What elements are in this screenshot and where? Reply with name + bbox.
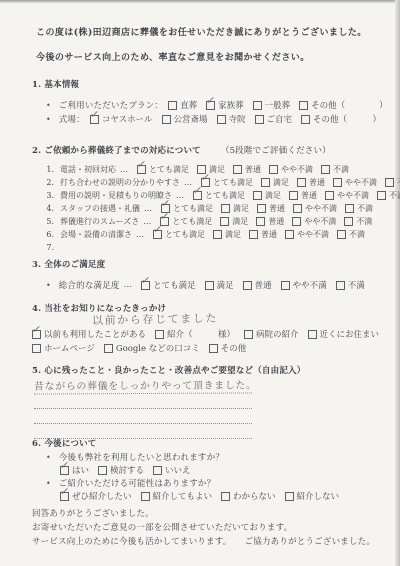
checkbox-icon — [377, 191, 386, 200]
check-icon: ✓ — [192, 184, 202, 196]
checkbox-option-label: 不満 — [333, 164, 349, 175]
checkbox-icon — [256, 217, 265, 226]
rating-row: 6. 会場・設備の清潔さ … ✓とても満足満足普通やや不満不満 — [44, 228, 400, 241]
checkbox-option: 検討する — [98, 464, 144, 476]
checkbox-option: ✓とても満足 — [201, 177, 253, 188]
checkbox-option-label: 寺院 — [229, 113, 246, 125]
checkbox-option: 紹介してもよい — [141, 490, 213, 502]
checkbox-option-label: 普通 — [301, 190, 317, 201]
checkbox-option: 満足 — [221, 203, 249, 214]
source-options-row-2: ホームページGoogle などの口コミその他 — [32, 342, 246, 354]
checkbox-option: 不満 — [385, 177, 400, 188]
checkbox-icon — [233, 165, 242, 174]
checkbox-option-label: 不満 — [357, 203, 373, 214]
checkbox-option: 不満 — [377, 190, 400, 201]
checkbox-option-label: 普通 — [309, 177, 325, 188]
checkbox-option: 病院の紹介 — [244, 328, 299, 340]
rating-label: 電話・初回対応 — [60, 164, 116, 175]
checkbox-option: その他 — [209, 342, 247, 354]
checkbox-option: 公営斎場 — [162, 113, 208, 125]
section2-title-text: 2. ご依頼から葬儀終了までの対応について — [32, 146, 201, 156]
checkbox-option-label: とても満足 — [149, 164, 189, 175]
checkbox-icon — [141, 492, 150, 501]
bullet-icon: • — [46, 101, 51, 110]
q2-label: ご紹介いただける可能性はありますか？ — [59, 477, 216, 489]
checkbox-option-label: ご自宅 — [267, 113, 293, 125]
rating-label: 会場・設備の清潔さ — [60, 229, 132, 240]
rating-label: スタッフの接遇・礼儀 — [60, 203, 140, 214]
q1-options: ✓はい検討するいいえ — [60, 464, 191, 476]
checkbox-option: 満足 — [253, 190, 281, 201]
checkbox-icon — [344, 217, 353, 226]
checkbox-option-label: 不満 — [356, 216, 372, 227]
checkbox-option-label: 不満 — [348, 279, 365, 291]
checkbox-option: ✓家族葬 — [206, 99, 244, 111]
checkbox-icon — [104, 344, 113, 353]
checkbox-option: 不満 — [321, 164, 349, 175]
checkbox-option-label: その他（ ） — [311, 99, 388, 111]
check-icon: ✓ — [160, 210, 170, 222]
checkbox-icon — [221, 492, 230, 501]
section3-title: 3. 全体のご満足度 — [32, 258, 105, 270]
overall-row: • 総合的な満足度 … ✓とても満足満足普通やや不満不満 — [46, 279, 365, 291]
check-icon: ✓ — [160, 197, 170, 209]
rating-separator: … — [144, 204, 152, 213]
rating-separator: … — [136, 230, 144, 239]
rating-options: ✓とても満足満足普通やや不満不満 — [153, 229, 365, 240]
checkbox-option: 普通 — [249, 229, 277, 240]
venue-options: ✓コヤスホール公営斎場寺院ご自宅その他（ ） — [90, 113, 381, 125]
check-icon: ✓ — [200, 171, 210, 183]
section1-title: 1. 基本情報 — [32, 78, 79, 90]
checkbox-option: やや不満 — [269, 164, 313, 175]
checkbox-icon — [257, 204, 266, 213]
scanned-survey-page: この度は(株)田辺商店に葬儀をお任せいただき誠にありがとうございました。 今後の… — [0, 0, 400, 566]
checkbox-option: いいえ — [153, 464, 191, 476]
checkbox-option-label: その他（ ） — [313, 113, 381, 125]
checkbox-icon: ✓ — [193, 191, 202, 200]
checkbox-icon — [243, 281, 252, 290]
check-icon: ✓ — [59, 485, 69, 497]
checkbox-option: やや不満 — [293, 203, 337, 214]
q2-label-row: • ご紹介いただける可能性はありますか？ — [46, 477, 215, 489]
q1-label-row: • 今後も弊社を利用したいと思われますか？ — [46, 451, 224, 463]
checkbox-option: Google などの口コミ — [104, 342, 200, 354]
checkbox-icon — [162, 115, 171, 124]
venue-label: 式場： — [59, 113, 85, 125]
checkbox-option: ✓コヤスホール — [90, 113, 153, 125]
checkbox-icon — [253, 101, 262, 110]
overall-options: ✓とても満足満足普通やや不満不満 — [141, 279, 365, 291]
rating-row: 3. 費用の説明・見積もりの明瞭さ … ✓とても満足満足普通やや不満不満 — [44, 189, 400, 202]
checkbox-option: やや不満 — [285, 229, 329, 240]
rating-number: 1. — [44, 165, 54, 174]
check-icon: ✓ — [59, 459, 69, 471]
checkbox-icon — [220, 217, 229, 226]
checkbox-option-label: 満足 — [232, 216, 248, 227]
scan-edge-right — [395, 0, 400, 566]
rating-label: 費用の説明・見積もりの明瞭さ — [60, 190, 172, 201]
checkbox-option-label: 満足 — [233, 203, 249, 214]
scan-edge-top — [0, 0, 400, 3]
checkbox-option: やや不満 — [333, 177, 377, 188]
handwritten-comment: 昔ながらの葬儀をしっかりやって頂きました。 — [34, 376, 252, 394]
freeform-line — [34, 394, 252, 409]
rating-options: ✓とても満足満足普通やや不満不満 — [201, 177, 400, 188]
checkbox-option: 不満 — [344, 216, 372, 227]
checkbox-icon: ✓ — [90, 115, 99, 124]
checkbox-option-label: やや不満 — [337, 190, 369, 201]
freeform-line — [34, 409, 252, 424]
checkbox-option: ホームページ — [32, 342, 95, 354]
footer-line-2: お寄せいただいたご意見の一部を公開させていただいております。 — [32, 521, 292, 533]
checkbox-icon — [209, 344, 218, 353]
checkbox-option-label: とても満足 — [153, 279, 196, 291]
checkbox-option: 不満 — [337, 229, 365, 240]
rating-options: ✓とても満足満足普通やや不満不満 — [161, 203, 373, 214]
q2-options: ✓ぜひ紹介したい紹介してもよいわからない紹介しない — [60, 490, 339, 502]
checkbox-icon — [285, 492, 294, 501]
checkbox-icon: ✓ — [60, 466, 69, 475]
checkbox-option: 不満 — [336, 279, 365, 291]
checkbox-option: ✓とても満足 — [153, 229, 205, 240]
checkbox-icon — [244, 330, 253, 339]
checkbox-icon — [299, 101, 308, 110]
checkbox-option-label: いいえ — [165, 464, 191, 476]
rating-options: ✓とても満足満足普通やや不満不満 — [193, 190, 400, 201]
handwritten-note: 以前から存じてました — [92, 310, 218, 329]
checkbox-icon — [337, 230, 346, 239]
checkbox-option: ご自宅 — [255, 113, 293, 125]
rating-label: 打ち合わせの説明の分かりやすさ — [60, 177, 180, 188]
q2-options-row: ✓ぜひ紹介したい紹介してもよいわからない紹介しない — [60, 490, 339, 502]
checkbox-icon — [249, 230, 258, 239]
checkbox-option: その他（ ） — [301, 113, 381, 125]
checkbox-option-label: 普通 — [269, 203, 285, 214]
checkbox-option: ✓とても満足 — [160, 216, 212, 227]
checkbox-option-label: ホームページ — [44, 342, 95, 354]
checkbox-icon — [385, 178, 394, 187]
checkbox-option-label: とても満足 — [172, 216, 212, 227]
checkbox-icon — [98, 466, 107, 475]
rating-options: ✓とても満足満足普通やや不満不満 — [160, 216, 372, 227]
checkbox-option-label: 普通 — [255, 279, 272, 291]
rating-separator: … — [143, 217, 151, 226]
checkbox-option: 普通 — [297, 177, 325, 188]
checkbox-icon: ✓ — [32, 330, 41, 339]
rating-number: 3. — [44, 191, 54, 200]
checkbox-option-label: 満足 — [217, 279, 234, 291]
rating-separator: … — [184, 178, 192, 187]
bullet-icon: • — [46, 281, 51, 290]
checkbox-option: 満足 — [205, 279, 234, 291]
checkbox-icon — [32, 344, 41, 353]
checkbox-icon: ✓ — [153, 230, 162, 239]
checkbox-option-label: とても満足 — [205, 190, 245, 201]
checkbox-option: やや不満 — [281, 279, 327, 291]
checkbox-icon: ✓ — [141, 281, 150, 290]
checkbox-option: ✓とても満足 — [137, 164, 189, 175]
checkbox-option: 満足 — [261, 177, 289, 188]
checkbox-option-label: 満足 — [265, 190, 281, 201]
checkbox-option-label: やや不満 — [297, 229, 329, 240]
checkbox-option: 紹介（ 様） — [155, 328, 235, 340]
check-icon: ✓ — [31, 323, 41, 335]
checkbox-icon — [155, 330, 164, 339]
checkbox-option: ✓ぜひ紹介したい — [60, 490, 132, 502]
checkbox-option: 寺院 — [217, 113, 246, 125]
checkbox-option: ✓以前も利用したことがある — [32, 328, 146, 340]
checkbox-option: その他（ ） — [299, 99, 388, 111]
checkbox-option-label: 普通 — [261, 229, 277, 240]
checkbox-icon — [292, 217, 301, 226]
checkbox-option-label: 家族葬 — [218, 99, 244, 111]
freeform-area: 昔ながらの葬儀をしっかりやって頂きました。 — [34, 377, 252, 439]
checkbox-option-label: わからない — [233, 490, 276, 502]
rating-label: 葬儀進行のスムーズさ — [60, 216, 139, 227]
checkbox-option: 普通 — [256, 216, 284, 227]
checkbox-option-label: やや不満 — [293, 279, 327, 291]
section5-title: 5. 心に残ったこと・良かったこと・改善点やご要望など（自由記入） — [32, 364, 305, 376]
checkbox-icon — [168, 101, 177, 110]
checkbox-option-label: 病院の紹介 — [256, 328, 299, 340]
checkbox-option: 普通 — [243, 279, 272, 291]
checkbox-option-label: 不満 — [389, 190, 400, 201]
checkbox-icon — [255, 115, 264, 124]
checkbox-option-label: 近くにお住まい — [320, 328, 380, 340]
checkbox-icon — [301, 115, 310, 124]
checkbox-option: 直葬 — [168, 99, 197, 111]
checkbox-icon — [281, 281, 290, 290]
checkbox-option-label: コヤスホール — [102, 113, 153, 125]
checkbox-option-label: 普通 — [268, 216, 284, 227]
checkbox-icon — [213, 230, 222, 239]
checkbox-option-label: 一般葬 — [265, 99, 291, 111]
source-options-row-1: ✓以前も利用したことがある紹介（ 様）病院の紹介近くにお住まい — [32, 328, 379, 340]
checkbox-option-label: 検討する — [110, 464, 144, 476]
rating-number: 2. — [44, 178, 54, 187]
checkbox-icon — [285, 230, 294, 239]
checkbox-option-label: ぜひ紹介したい — [72, 490, 132, 502]
checkbox-option-label: とても満足 — [213, 177, 253, 188]
checkbox-icon — [333, 178, 342, 187]
bullet-icon: • — [46, 453, 51, 462]
rating-separator: … — [120, 165, 128, 174]
checkbox-option-label: Google などの口コミ — [116, 342, 200, 354]
checkbox-option: 普通 — [257, 203, 285, 214]
q1-options-row: ✓はい検討するいいえ — [60, 464, 191, 476]
venue-row: • 式場： ✓コヤスホール公営斎場寺院ご自宅その他（ ） — [46, 113, 381, 125]
bullet-icon: • — [46, 115, 51, 124]
checkbox-option: 一般葬 — [253, 99, 291, 111]
checkbox-icon — [217, 115, 226, 124]
footer-line-1: 回答ありがとうございました。 — [32, 507, 154, 519]
rating-row: 7. — [44, 241, 400, 254]
checkbox-icon: ✓ — [60, 492, 69, 501]
bullet-icon: • — [46, 479, 51, 488]
rating-number: 5. — [44, 217, 54, 226]
overall-label: 総合的な満足度 — [59, 279, 120, 291]
footer-line-3: サービス向上のために今後も活かしてまいります。 ご協力ありがとうございました。 — [32, 535, 375, 547]
rating-number: 7. — [44, 243, 54, 252]
checkbox-icon — [205, 281, 214, 290]
checkbox-option-label: 以前も利用したことがある — [44, 328, 146, 340]
checkbox-icon — [253, 191, 262, 200]
checkbox-option-label: 普通 — [245, 164, 261, 175]
ratings-list: 1. 電話・初回対応 … ✓とても満足満足普通やや不満不満 2. 打ち合わせの説… — [44, 163, 400, 254]
checkbox-option: ✓とても満足 — [141, 279, 196, 291]
check-icon: ✓ — [206, 94, 216, 106]
checkbox-icon — [153, 466, 162, 475]
checkbox-icon — [321, 165, 330, 174]
checkbox-icon — [261, 178, 270, 187]
checkbox-option: 普通 — [233, 164, 261, 175]
section2-title: 2. ご依頼から葬儀終了までの対応について（5段階でご評価ください） — [32, 144, 331, 156]
section2-subtitle: （5段階でご評価ください） — [221, 146, 331, 156]
checkbox-option: 満足 — [220, 216, 248, 227]
checkbox-option: 不満 — [345, 203, 373, 214]
checkbox-option-label: 紹介してもよい — [153, 490, 213, 502]
checkbox-option-label: はい — [72, 464, 89, 476]
checkbox-icon: ✓ — [206, 101, 215, 110]
checkbox-option-label: やや不満 — [281, 164, 313, 175]
checkbox-option: やや不満 — [292, 216, 336, 227]
overall-separator: … — [124, 280, 133, 290]
checkbox-icon — [289, 191, 298, 200]
check-icon: ✓ — [136, 158, 146, 170]
rating-options: ✓とても満足満足普通やや不満不満 — [137, 164, 349, 175]
checkbox-option-label: 満足 — [273, 177, 289, 188]
checkbox-option-label: 公営斎場 — [174, 113, 208, 125]
checkbox-option-label: 満足 — [225, 229, 241, 240]
check-icon: ✓ — [140, 274, 150, 286]
source-options-1: ✓以前も利用したことがある紹介（ 様）病院の紹介近くにお住まい — [32, 328, 379, 340]
checkbox-icon — [221, 204, 230, 213]
intro-line-2: 今後のサービス向上のため、率直なご意見をお聞かせください。 — [36, 50, 310, 63]
plan-options: 直葬✓家族葬一般葬その他（ ） — [168, 99, 388, 111]
checkbox-option-label: 紹介しない — [297, 490, 340, 502]
checkbox-option: 普通 — [289, 190, 317, 201]
checkbox-option: 満足 — [213, 229, 241, 240]
checkbox-icon — [345, 204, 354, 213]
rating-row: 4. スタッフの接遇・礼儀 … ✓とても満足満足普通やや不満不満 — [44, 202, 400, 215]
checkbox-icon: ✓ — [137, 165, 146, 174]
checkbox-icon — [308, 330, 317, 339]
checkbox-option: ✓とても満足 — [193, 190, 245, 201]
rating-number: 6. — [44, 230, 54, 239]
check-icon: ✓ — [89, 108, 99, 120]
checkbox-option-label: とても満足 — [173, 203, 213, 214]
checkbox-option: やや不満 — [325, 190, 369, 201]
checkbox-option: 近くにお住まい — [308, 328, 380, 340]
rating-separator: … — [176, 191, 184, 200]
checkbox-icon — [293, 204, 302, 213]
checkbox-option: 紹介しない — [285, 490, 340, 502]
intro-line-1: この度は(株)田辺商店に葬儀をお任せいただき誠にありがとうございました。 — [36, 25, 367, 38]
checkbox-option-label: 紹介（ 様） — [167, 328, 235, 340]
checkbox-icon — [325, 191, 334, 200]
checkbox-icon — [336, 281, 345, 290]
rating-row: 2. 打ち合わせの説明の分かりやすさ … ✓とても満足満足普通やや不満不満 — [44, 176, 400, 189]
checkbox-option: わからない — [221, 490, 276, 502]
checkbox-icon — [269, 165, 278, 174]
checkbox-option-label: 満足 — [209, 164, 225, 175]
q1-label: 今後も弊社を利用したいと思われますか？ — [59, 451, 224, 463]
checkbox-option-label: 直葬 — [180, 99, 197, 111]
rating-row: 1. 電話・初回対応 … ✓とても満足満足普通やや不満不満 — [44, 163, 400, 176]
checkbox-option-label: とても満足 — [165, 229, 205, 240]
checkbox-option-label: やや不満 — [304, 216, 336, 227]
rating-number: 4. — [44, 204, 54, 213]
checkbox-option-label: やや不満 — [345, 177, 377, 188]
rating-row: 5. 葬儀進行のスムーズさ … ✓とても満足満足普通やや不満不満 — [44, 215, 400, 228]
check-icon: ✓ — [152, 223, 162, 235]
checkbox-icon — [297, 178, 306, 187]
checkbox-option-label: その他 — [221, 342, 247, 354]
plan-label: ご利用いただいたプラン： — [59, 99, 163, 111]
checkbox-option: ✓はい — [60, 464, 89, 476]
source-options-2: ホームページGoogle などの口コミその他 — [32, 342, 246, 354]
checkbox-option-label: 不満 — [349, 229, 365, 240]
section6-title: 6. 今後について — [32, 437, 96, 449]
checkbox-option-label: やや不満 — [305, 203, 337, 214]
